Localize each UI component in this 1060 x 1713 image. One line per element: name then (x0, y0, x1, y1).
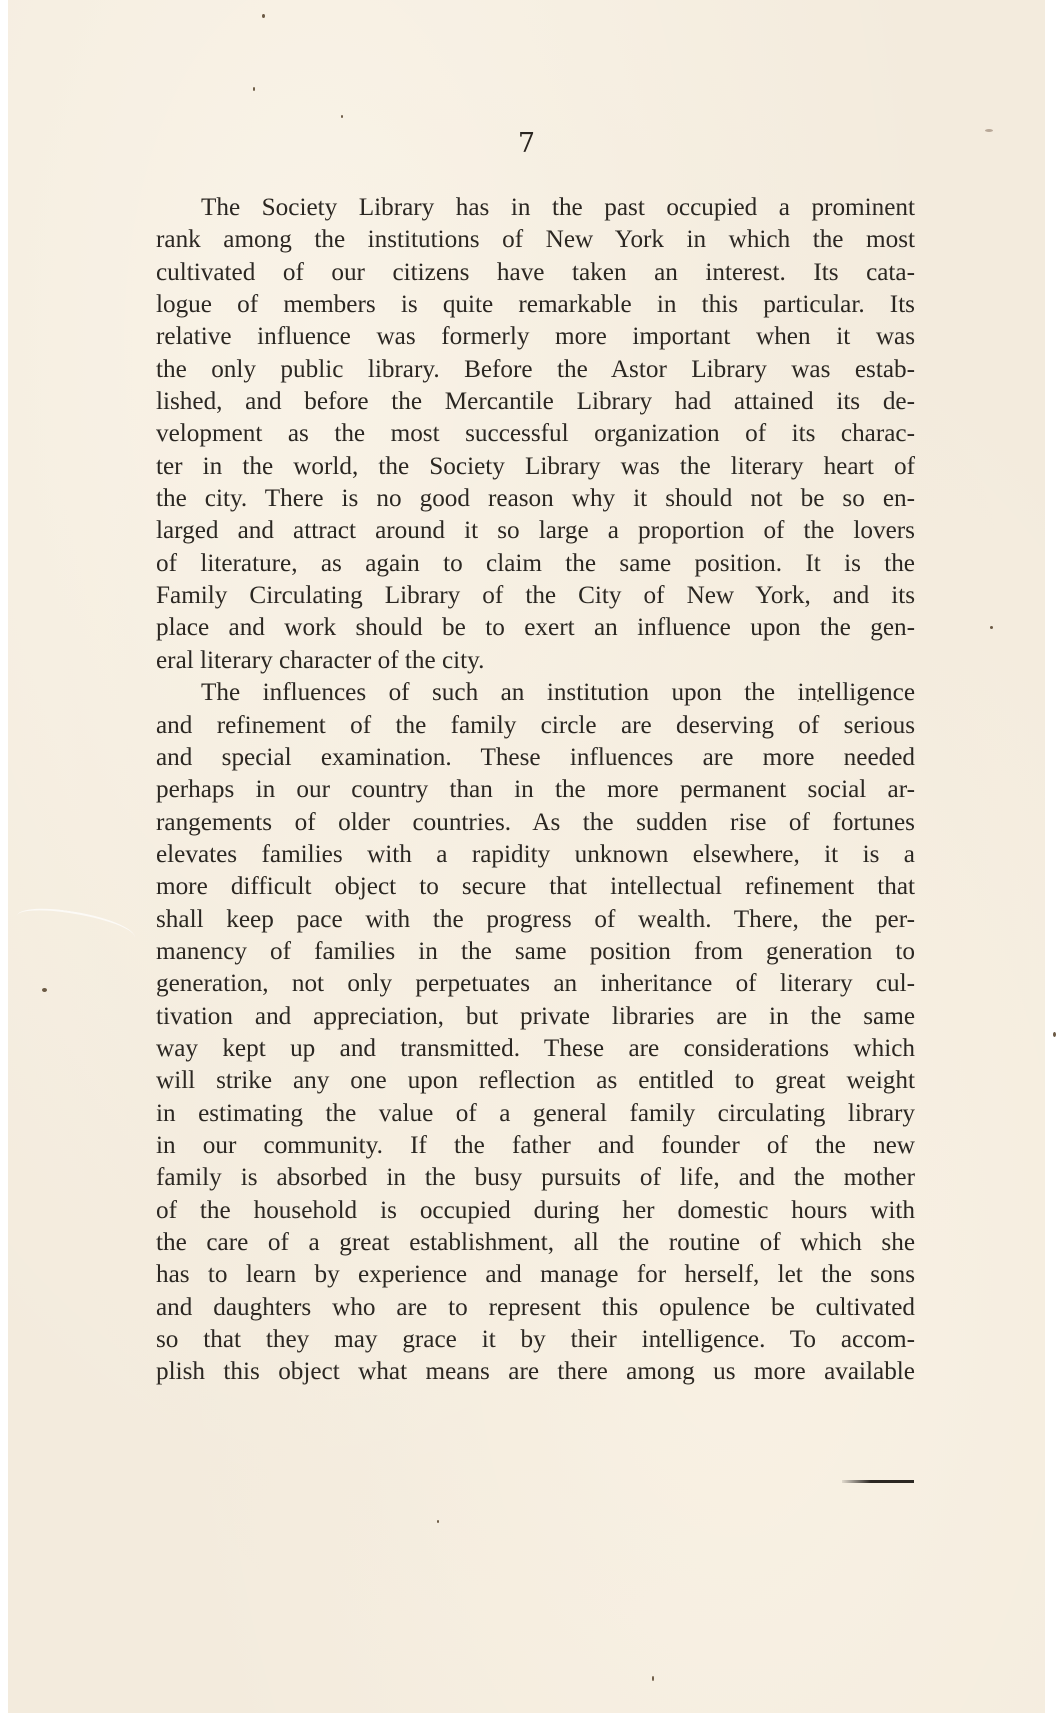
text-line: of the household is occupied during her … (156, 1195, 915, 1227)
text-line: generation, not only perpetuates an inhe… (156, 968, 915, 1000)
text-line: of literature, as again to claim the sam… (156, 548, 915, 580)
text-line: family is absorbed in the busy pursuits … (156, 1162, 915, 1194)
paper-speck (262, 14, 265, 18)
text-line: lished, and before the Mercantile Librar… (156, 386, 915, 418)
paragraph-2: The influences of such an institution up… (156, 677, 915, 1389)
text-line: logue of members is quite remarkable in … (156, 289, 915, 321)
text-line: perhaps in our country than in the more … (156, 774, 915, 806)
text-line: velopment as the most successful organiz… (156, 418, 915, 450)
paper-speck (990, 626, 993, 629)
text-line: shall keep pace with the progress of wea… (156, 904, 915, 936)
text-line: Family Circulating Library of the City o… (156, 580, 915, 612)
scanned-page: 7 The Society Library has in the past oc… (8, 0, 1045, 1713)
text-line: elevates families with a rapidity unknow… (156, 839, 915, 871)
text-line: and special examination. These influence… (156, 742, 915, 774)
text-line: relative influence was formerly more imp… (156, 321, 915, 353)
body-text: The Society Library has in the past occu… (156, 192, 915, 1389)
text-line: and daughters who are to represent this … (156, 1292, 915, 1324)
text-line: the only public library. Before the Asto… (156, 354, 915, 386)
text-line: The influences of such an institution up… (156, 677, 915, 709)
paragraph-1: The Society Library has in the past occu… (156, 192, 915, 677)
paper-speck (1053, 1032, 1056, 1037)
text-line: the city. There is no good reason why it… (156, 483, 915, 515)
paper-speck (817, 700, 819, 702)
text-line: rangements of older countries. As the su… (156, 807, 915, 839)
text-line: way kept up and transmitted. These are c… (156, 1033, 915, 1065)
text-line: has to learn by experience and manage fo… (156, 1259, 915, 1291)
paper-speck (341, 115, 343, 118)
paper-speck (652, 1676, 654, 1681)
text-line: cultivated of our citizens have taken an… (156, 257, 915, 289)
page-number: 7 (8, 128, 1045, 159)
text-line: in our community. If the father and foun… (156, 1130, 915, 1162)
text-line: so that they may grace it by their intel… (156, 1324, 915, 1356)
text-line: more difficult object to secure that int… (156, 871, 915, 903)
text-line: manency of families in the same position… (156, 936, 915, 968)
text-line: larged and attract around it so large a … (156, 515, 915, 547)
paper-speck (253, 87, 255, 91)
text-line: in estimating the value of a general fam… (156, 1098, 915, 1130)
text-line: The Society Library has in the past occu… (156, 192, 915, 224)
paper-speck (985, 129, 993, 132)
catchword-rule (842, 1480, 914, 1483)
text-line: eral literary character of the city. (156, 645, 915, 677)
text-line: the care of a great establishment, all t… (156, 1227, 915, 1259)
paper-speck (437, 1520, 439, 1523)
text-line: plish this object what means are there a… (156, 1356, 915, 1388)
text-line: place and work should be to exert an inf… (156, 612, 915, 644)
text-line: rank among the institutions of New York … (156, 224, 915, 256)
paper-crease (14, 904, 137, 950)
text-line: ter in the world, the Society Library wa… (156, 451, 915, 483)
text-line: and refinement of the family circle are … (156, 710, 915, 742)
text-line: will strike any one upon reflection as e… (156, 1065, 915, 1097)
paper-speck (42, 988, 47, 992)
text-line: tivation and appreciation, but private l… (156, 1001, 915, 1033)
